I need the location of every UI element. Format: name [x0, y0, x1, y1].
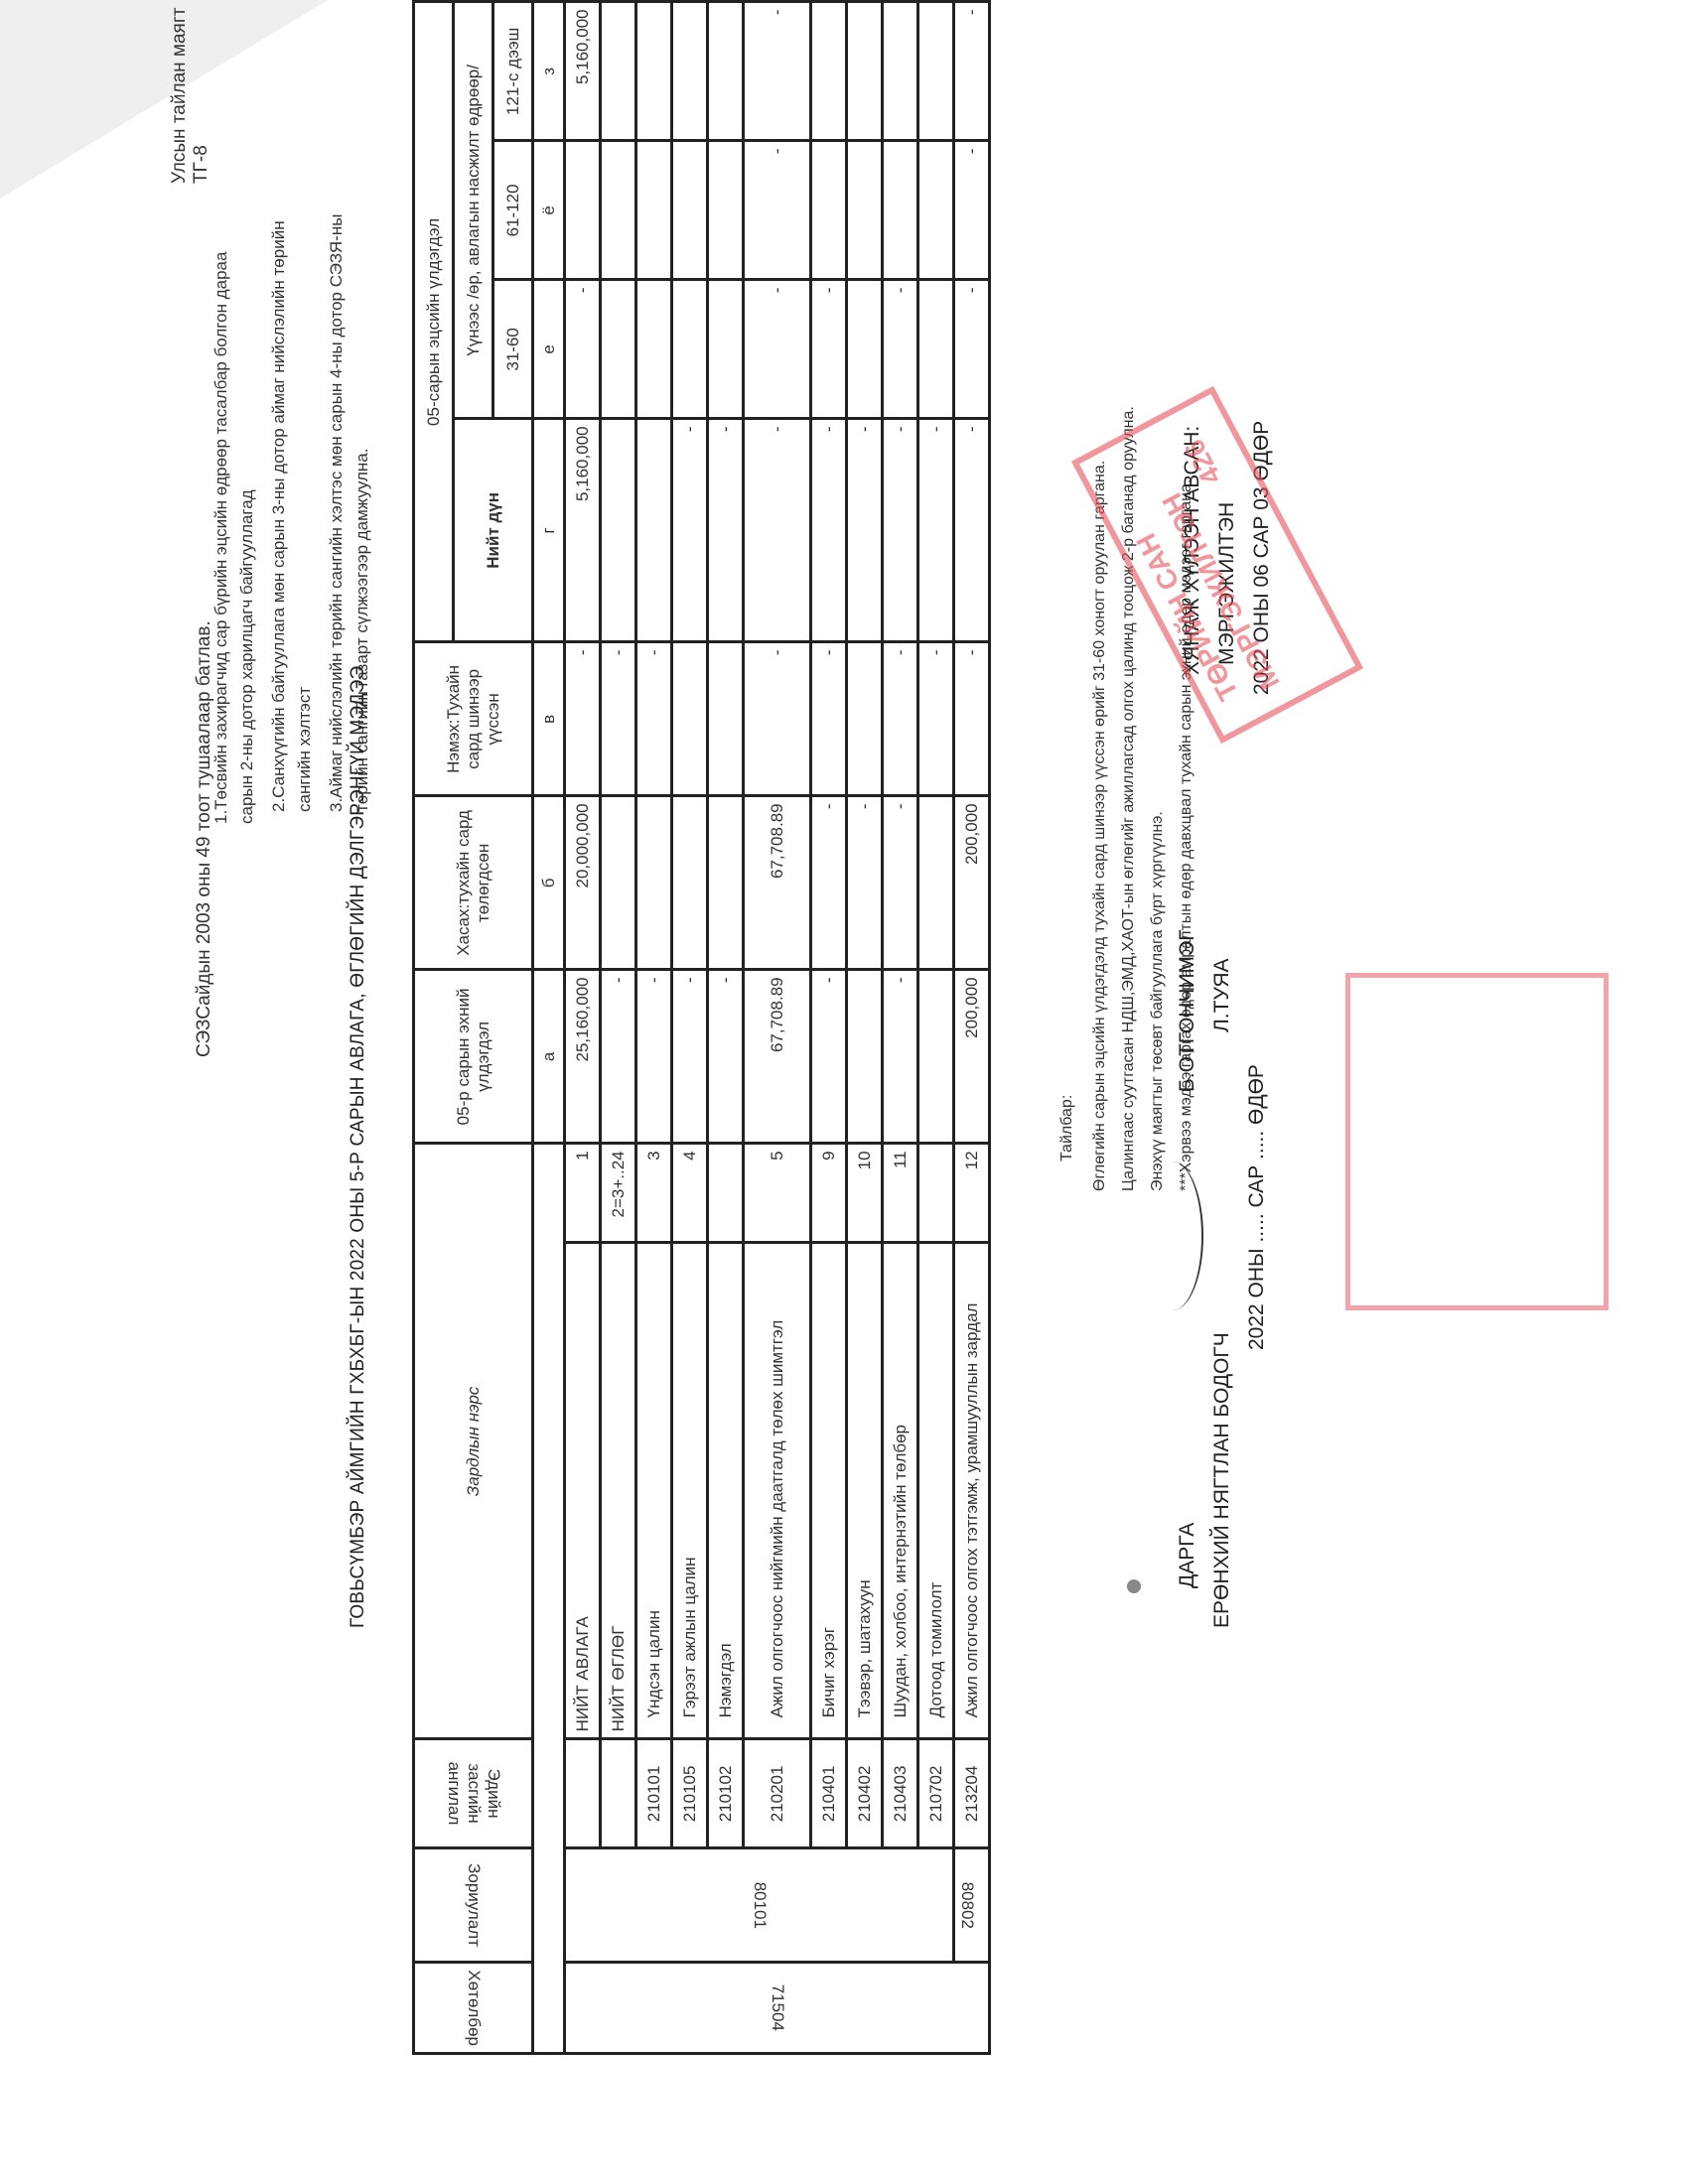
cell-total: -	[847, 419, 883, 642]
official-seal	[1345, 973, 1609, 1310]
expense-name: Гэрээт ажлын цалин	[672, 1243, 708, 1739]
cell-opening: -	[883, 970, 918, 1144]
econ-code: 210101	[636, 1739, 672, 1848]
cell-plus: -	[744, 642, 811, 796]
cell-a31: -	[565, 280, 601, 419]
cell-a31	[672, 280, 708, 419]
line-number: 4	[672, 1144, 708, 1243]
expense-name: Дотоод томилолт	[918, 1243, 954, 1739]
expense-name: НИЙТ ӨГЛӨГ	[601, 1243, 636, 1739]
line-number: 5	[744, 1144, 811, 1243]
director-signature	[1142, 1161, 1203, 1310]
cell-minus	[636, 796, 672, 970]
cell-total: -	[811, 419, 847, 642]
cell-a31: -	[883, 280, 918, 419]
header-econ: Эдийн засгийн ангилал	[414, 1739, 533, 1848]
cell-minus: -	[883, 796, 918, 970]
cell-total: -	[883, 419, 918, 642]
header-total: Нийт дүн	[454, 419, 533, 642]
econ-code: 210702	[918, 1739, 954, 1848]
table-row: 210101Үндсэн цалин3--	[636, 2, 672, 2054]
line-number: 1	[565, 1144, 601, 1243]
cell-opening	[847, 970, 883, 1144]
cell-a61	[883, 141, 918, 280]
header-aging-121: 121-с дээш	[493, 2, 533, 141]
form-code: Улсын тайлан маягт ТГ-8	[169, 0, 212, 184]
expense-name: НИЙТ АВЛАГА	[565, 1243, 601, 1739]
cell-a61: -	[744, 141, 811, 280]
notes-label: Тайлбар:	[1053, 0, 1081, 1191]
econ-code	[601, 1739, 636, 1848]
cell-a121	[708, 2, 744, 141]
header-plus: Нэмэх:Тухайн сард шинээр үүссэн	[414, 642, 533, 796]
cell-a31	[636, 280, 672, 419]
cell-total: 5,160,000	[565, 419, 601, 642]
cell-total: -	[954, 419, 990, 642]
header-minus: Хасах:тухайн сард төлөгдсөн	[414, 796, 533, 970]
line-number	[918, 1144, 954, 1243]
cell-minus: -	[811, 796, 847, 970]
cell-a31	[601, 280, 636, 419]
line-number: 12	[954, 1144, 990, 1243]
expense-name: Нэмэгдэл	[708, 1243, 744, 1739]
report-title: ГОВЬСҮМБЭР АЙМГИЙН ГХБХБГ-ЫН 2022 ОНЫ 5-…	[348, 238, 369, 1628]
cell-a31	[847, 280, 883, 419]
table-row: 210403Шуудан, холбоо, интернэтийн төлбөр…	[883, 2, 918, 2054]
cell-opening: -	[708, 970, 744, 1144]
cell-total: -	[672, 419, 708, 642]
header-closing: 05-сарын эцсийн үлдэгдэл	[414, 2, 454, 642]
econ-code: 210402	[847, 1739, 883, 1848]
cell-total: -	[708, 419, 744, 642]
header-expense-name: Зардлын нэрс	[414, 1144, 533, 1739]
cell-a61	[672, 141, 708, 280]
line-number: 2=3+..24	[601, 1144, 636, 1243]
header-aging-31-60: 31-60	[493, 280, 533, 419]
cell-total	[601, 419, 636, 642]
cell-a121: -	[954, 2, 990, 141]
cell-opening	[918, 970, 954, 1144]
director-title: ДАРГА	[1172, 1523, 1203, 1588]
cell-a121	[883, 2, 918, 141]
cell-a31	[918, 280, 954, 419]
line-number	[708, 1144, 744, 1243]
cell-opening: 200,000	[954, 970, 990, 1144]
cell-opening: -	[636, 970, 672, 1144]
program-code: 71504	[565, 1963, 990, 2054]
note-1: Өглөгийн сарын эцсийн үлдэгдэлд тухайн с…	[1085, 0, 1114, 1191]
cell-plus: -	[954, 642, 990, 796]
cell-plus	[847, 642, 883, 796]
cell-a61	[708, 141, 744, 280]
expense-name: Шуудан, холбоо, интернэтийн төлбөр	[883, 1243, 918, 1739]
cell-a61: -	[954, 141, 990, 280]
table-row: 210402Тээвэр, шатахуун10--	[847, 2, 883, 2054]
director-name: Б.ОТГОНЧИМЭГ	[1172, 929, 1203, 1092]
cell-minus	[672, 796, 708, 970]
expense-name: Үндсэн цалин	[636, 1243, 672, 1739]
table-row: 210102Нэмэгдэл--	[708, 2, 744, 2054]
cell-minus: -	[847, 796, 883, 970]
cell-a121	[636, 2, 672, 141]
table-row: 210201Ажил олгогчоос нийгмийн даатгалд т…	[744, 2, 811, 2054]
instruction-2: 2.Санхүүгийн байгууллага мөн сарын 3-ны …	[266, 208, 318, 824]
cell-plus: -	[811, 642, 847, 796]
econ-code: 210401	[811, 1739, 847, 1848]
cell-plus	[708, 642, 744, 796]
cell-a121: 5,160,000	[565, 2, 601, 141]
expense-name: Ажил олгогчоос нийгмийн даатгалд төлөх ш…	[744, 1243, 811, 1739]
date-left: 2022 ОНЫ ..... САР ..... ӨДӨР	[1241, 1064, 1273, 1350]
cell-a121	[672, 2, 708, 141]
cell-a31: -	[811, 280, 847, 419]
cell-plus: -	[883, 642, 918, 796]
line-number: 11	[883, 1144, 918, 1243]
cell-opening: 25,160,000	[565, 970, 601, 1144]
cell-a61	[565, 141, 601, 280]
header-aging: Үүнээс /өр, авлагын насжилт өдрөөр/	[454, 2, 493, 419]
expense-name: Тээвэр, шатахуун	[847, 1243, 883, 1739]
cell-a121	[847, 2, 883, 141]
cell-total	[636, 419, 672, 642]
line-number: 9	[811, 1144, 847, 1243]
cell-minus	[708, 796, 744, 970]
cell-plus: -	[601, 642, 636, 796]
cell-a61	[811, 141, 847, 280]
cell-minus: 67,708.89	[744, 796, 811, 970]
cell-a61	[636, 141, 672, 280]
cell-total: -	[918, 419, 954, 642]
cell-opening: -	[601, 970, 636, 1144]
econ-code	[565, 1739, 601, 1848]
econ-code: 213204	[954, 1739, 990, 1848]
line-number: 3	[636, 1144, 672, 1243]
cell-a61	[847, 141, 883, 280]
cell-opening: 67,708.89	[744, 970, 811, 1144]
cell-plus	[672, 642, 708, 796]
table-row: 7150480101НИЙТ АВЛАГА125,160,00020,000,0…	[565, 2, 601, 2054]
cell-a121	[811, 2, 847, 141]
expense-name: Бичиг хэрэг	[811, 1243, 847, 1739]
cell-total: -	[744, 419, 811, 642]
report-table: Хөтөлбөр Зориулалт Эдийн засгийн ангилал…	[412, 0, 991, 2055]
header-aging-61-120: 61-120	[493, 141, 533, 280]
cell-a31: -	[954, 280, 990, 419]
cell-plus: -	[565, 642, 601, 796]
purpose-code: 80101	[565, 1848, 954, 1963]
econ-code: 210105	[672, 1739, 708, 1848]
cell-a61	[601, 141, 636, 280]
table-row: НИЙТ ӨГЛӨГ2=3+..24--	[601, 2, 636, 2054]
econ-code: 210201	[744, 1739, 811, 1848]
accountant-title: ЕРӨНХИЙ НЯГТЛАН БОДОГЧ	[1206, 1332, 1238, 1628]
expense-name: Ажил олгогчоос олгох тэтгэмж, урамшууллы…	[954, 1243, 990, 1739]
table-row: 80802213204Ажил олгогчоос олгох тэтгэмж,…	[954, 2, 990, 2054]
table-row: 210401Бичиг хэрэг9-----	[811, 2, 847, 2054]
cell-a31	[708, 280, 744, 419]
ink-spot	[1127, 1579, 1141, 1593]
header-opening: 05-р сарын эхний үлдэгдэл	[414, 970, 533, 1144]
cell-minus: 20,000,000	[565, 796, 601, 970]
line-number: 10	[847, 1144, 883, 1243]
table-row: 210105Гэрээт ажлын цалин4--	[672, 2, 708, 2054]
header-program: Хөтөлбөр	[414, 1963, 533, 2054]
instruction-1: 1.Төсвийн захирагчид сар бүрийн эцсийн ө…	[209, 208, 260, 824]
cell-plus: -	[918, 642, 954, 796]
cell-minus	[601, 796, 636, 970]
cell-a121: -	[744, 2, 811, 141]
cell-a61	[918, 141, 954, 280]
document-page: СЭЗСайдын 2003 оны 49 тоот тушаалаар бат…	[0, 0, 1688, 2184]
cell-a121	[601, 2, 636, 141]
note-2: Цалингаас суутгасан НДШ,ЭМД,ХАОТ-ын өглө…	[1114, 0, 1143, 1191]
cell-plus: -	[636, 642, 672, 796]
cell-minus	[918, 796, 954, 970]
cell-a121	[918, 2, 954, 141]
code-row: а б в г е ё з	[533, 2, 565, 2054]
econ-code: 210102	[708, 1739, 744, 1848]
purpose-code-2: 80802	[954, 1848, 990, 1963]
cell-minus: 200,000	[954, 796, 990, 970]
cell-a31: -	[744, 280, 811, 419]
accountant-name: Л.ТУЯА	[1206, 959, 1238, 1033]
econ-code: 210403	[883, 1739, 918, 1848]
cell-opening: -	[672, 970, 708, 1144]
header-purpose: Зориулалт	[414, 1848, 533, 1963]
table-row: 210702Дотоод томилолт--	[918, 2, 954, 2054]
cell-opening: -	[811, 970, 847, 1144]
